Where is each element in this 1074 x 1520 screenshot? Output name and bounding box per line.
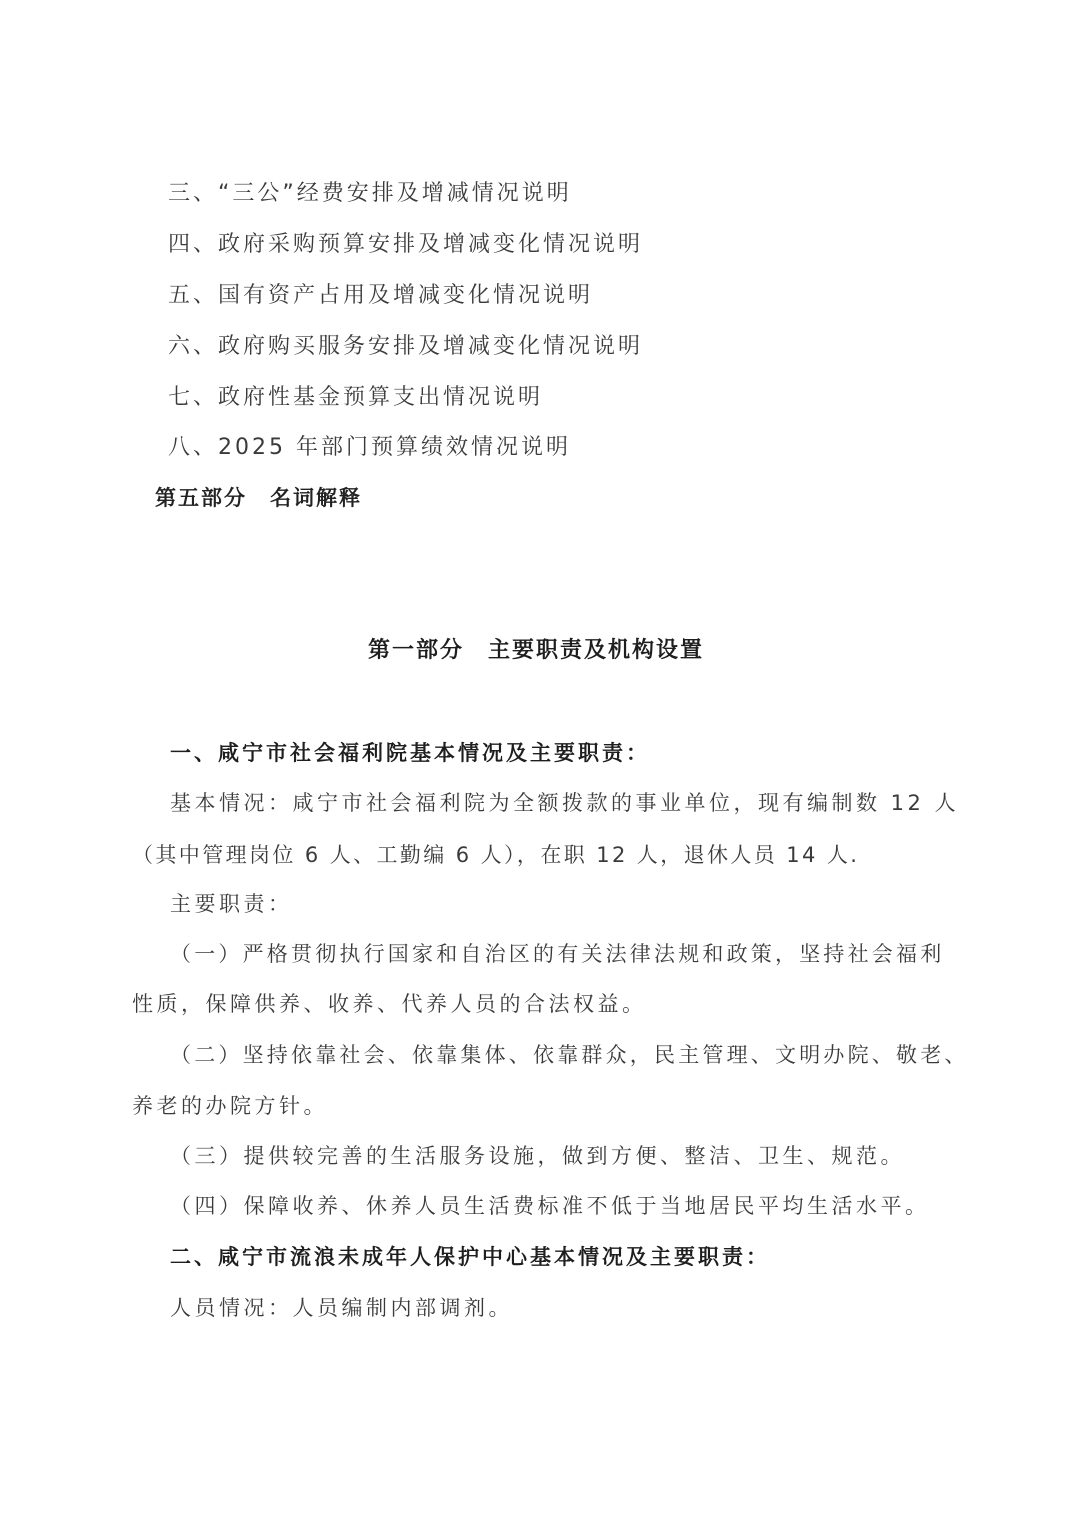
toc-item-4: 四、政府采购预算安排及增减变化情况说明 [168, 230, 643, 260]
toc-item-3: 三、“三公”经费安排及增减情况说明 [168, 179, 572, 209]
duty-2-line-1: （二）坚持依靠社会、依靠集体、依靠群众，民主管理、文明办院、敬老、 [170, 1040, 969, 1070]
duty-4: （四）保障收养、休养人员生活费标准不低于当地居民平均生活水平。 [170, 1191, 930, 1221]
toc-part-five: 第五部分 名词解释 [155, 483, 362, 513]
basic-info-line-1: 基本情况：咸宁市社会福利院为全额拨款的事业单位，现有编制数 12 人 [170, 788, 959, 818]
duty-3: （三）提供较完善的生活服务设施，做到方便、整洁、卫生、规范。 [170, 1141, 905, 1171]
section-one-heading: 一、咸宁市社会福利院基本情况及主要职责： [170, 738, 650, 768]
toc-item-8: 八、2025 年部门预算绩效情况说明 [168, 433, 571, 463]
section-two-heading: 二、咸宁市流浪未成年人保护中心基本情况及主要职责： [170, 1242, 770, 1272]
toc-item-7: 七、政府性基金预算支出情况说明 [168, 383, 543, 413]
basic-info-line-2: （其中管理岗位 6 人、工勤编 6 人），在职 12 人，退休人员 14 人. [132, 840, 859, 870]
toc-item-6: 六、政府购买服务安排及增减变化情况说明 [168, 332, 643, 362]
duty-1-line-2: 性质，保障供养、收养、代养人员的合法权益。 [132, 989, 647, 1019]
part-one-title: 第一部分 主要职责及机构设置 [368, 635, 704, 665]
toc-item-5: 五、国有资产占用及增减变化情况说明 [168, 281, 593, 311]
duties-label: 主要职责： [170, 889, 293, 919]
duty-2-line-2: 养老的办院方针。 [132, 1091, 328, 1121]
duty-1-line-1: （一）严格贯彻执行国家和自治区的有关法律法规和政策，坚持社会福利 [170, 939, 944, 969]
section-two-staff: 人员情况：人员编制内部调剂。 [170, 1293, 513, 1323]
